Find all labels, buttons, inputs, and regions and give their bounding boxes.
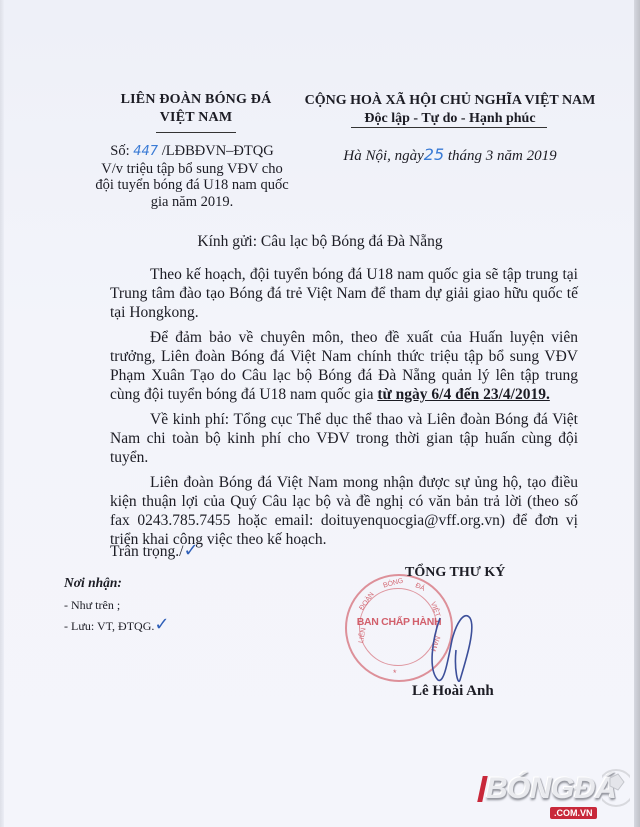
org-line-1: LIÊN ĐOÀN BÓNG ĐÁ (96, 91, 296, 109)
national-header: CỘNG HOÀ XÃ HỘI CHỦ NGHĨA VIỆT NAM Độc l… (300, 92, 600, 128)
national-motto: Độc lập - Tự do - Hạnh phúc (300, 110, 600, 128)
paragraph-funding: Về kinh phí: Tổng cục Thể dục thể thao v… (110, 410, 578, 467)
country-name: CỘNG HOÀ XÃ HỘI CHỦ NGHĨA VIỆT NAM (300, 92, 600, 110)
place-date-suffix: tháng 3 năm 2019 (444, 148, 557, 164)
org-line-2: VIỆT NAM (96, 109, 296, 127)
org-divider (156, 132, 236, 133)
bongda-watermark-logo: BÓNGĐÁ .COM.VN (480, 768, 630, 823)
stamp-star-icon: * (393, 668, 397, 678)
checkmark-icon: ✓ (154, 614, 169, 635)
paragraph-request: Liên đoàn Bóng đá Việt Nam mong nhận đượ… (110, 473, 578, 549)
signer-name: Lê Hoài Anh (412, 683, 494, 700)
subject-line-1: V/v triệu tập bổ sung VĐV cho (84, 161, 300, 178)
closing-text: Trân trọng./ (110, 543, 184, 560)
subject-line-3: gia năm 2019. (84, 194, 300, 211)
document-reference: Số: 447 /LĐBĐVN–ĐTQG V/v triệu tập bổ su… (84, 143, 300, 210)
scan-edge-right (634, 0, 640, 827)
handwritten-signature-icon (430, 610, 490, 690)
motto-divider (351, 127, 547, 128)
salutation: Kính gửi: Câu lạc bộ Bóng đá Đà Nẵng (0, 233, 640, 251)
recipient-item: - Lưu: VT, ĐTQG.✓ (64, 615, 169, 636)
day-handwritten: 25 (424, 145, 444, 164)
subject-line-2: đội tuyển bóng đá U18 nam quốc (84, 177, 300, 194)
recipients-title: Nơi nhận: (64, 575, 122, 591)
place-date: Hà Nội, ngày25 tháng 3 năm 2019 (300, 145, 600, 165)
initials-mark-icon: ✓ (184, 540, 199, 561)
paragraph-plan: Theo kế hoạch, đội tuyển bóng đá U18 nam… (110, 265, 578, 322)
document-number: Số: 447 /LĐBĐVN–ĐTQG (84, 143, 300, 161)
doc-number-handwritten: 447 (133, 144, 158, 159)
soccer-ball-icon (602, 768, 630, 808)
signer-title: TỔNG THƯ KÝ (405, 565, 505, 581)
issuing-organization: LIÊN ĐOÀN BÓNG ĐÁ VIỆT NAM (96, 91, 296, 127)
recipients-list: - Như trên ; - Lưu: VT, ĐTQG.✓ (64, 595, 169, 636)
scan-edge-left (0, 0, 4, 827)
doc-number-suffix: /LĐBĐVN–ĐTQG (158, 143, 274, 159)
training-date-range: từ ngày 6/4 đến 23/4/2019. (377, 386, 550, 403)
recipient-item-text: - Lưu: VT, ĐTQG. (64, 619, 154, 633)
recipient-item: - Như trên ; (64, 595, 169, 615)
letter-body: Theo kế hoạch, đội tuyển bóng đá U18 nam… (110, 265, 578, 555)
logo-domain-badge: .COM.VN (550, 807, 597, 819)
stamp-ring-word: ĐÁ (414, 582, 426, 592)
closing: Trân trọng./✓ (110, 540, 199, 561)
logo-brand-text: BÓNGĐÁ (486, 772, 616, 806)
doc-number-prefix: Số: (110, 143, 133, 159)
place-date-prefix: Hà Nội, ngày (343, 148, 423, 164)
paragraph-summons: Để đảm bảo về chuyên môn, theo đề xuất c… (110, 328, 578, 404)
